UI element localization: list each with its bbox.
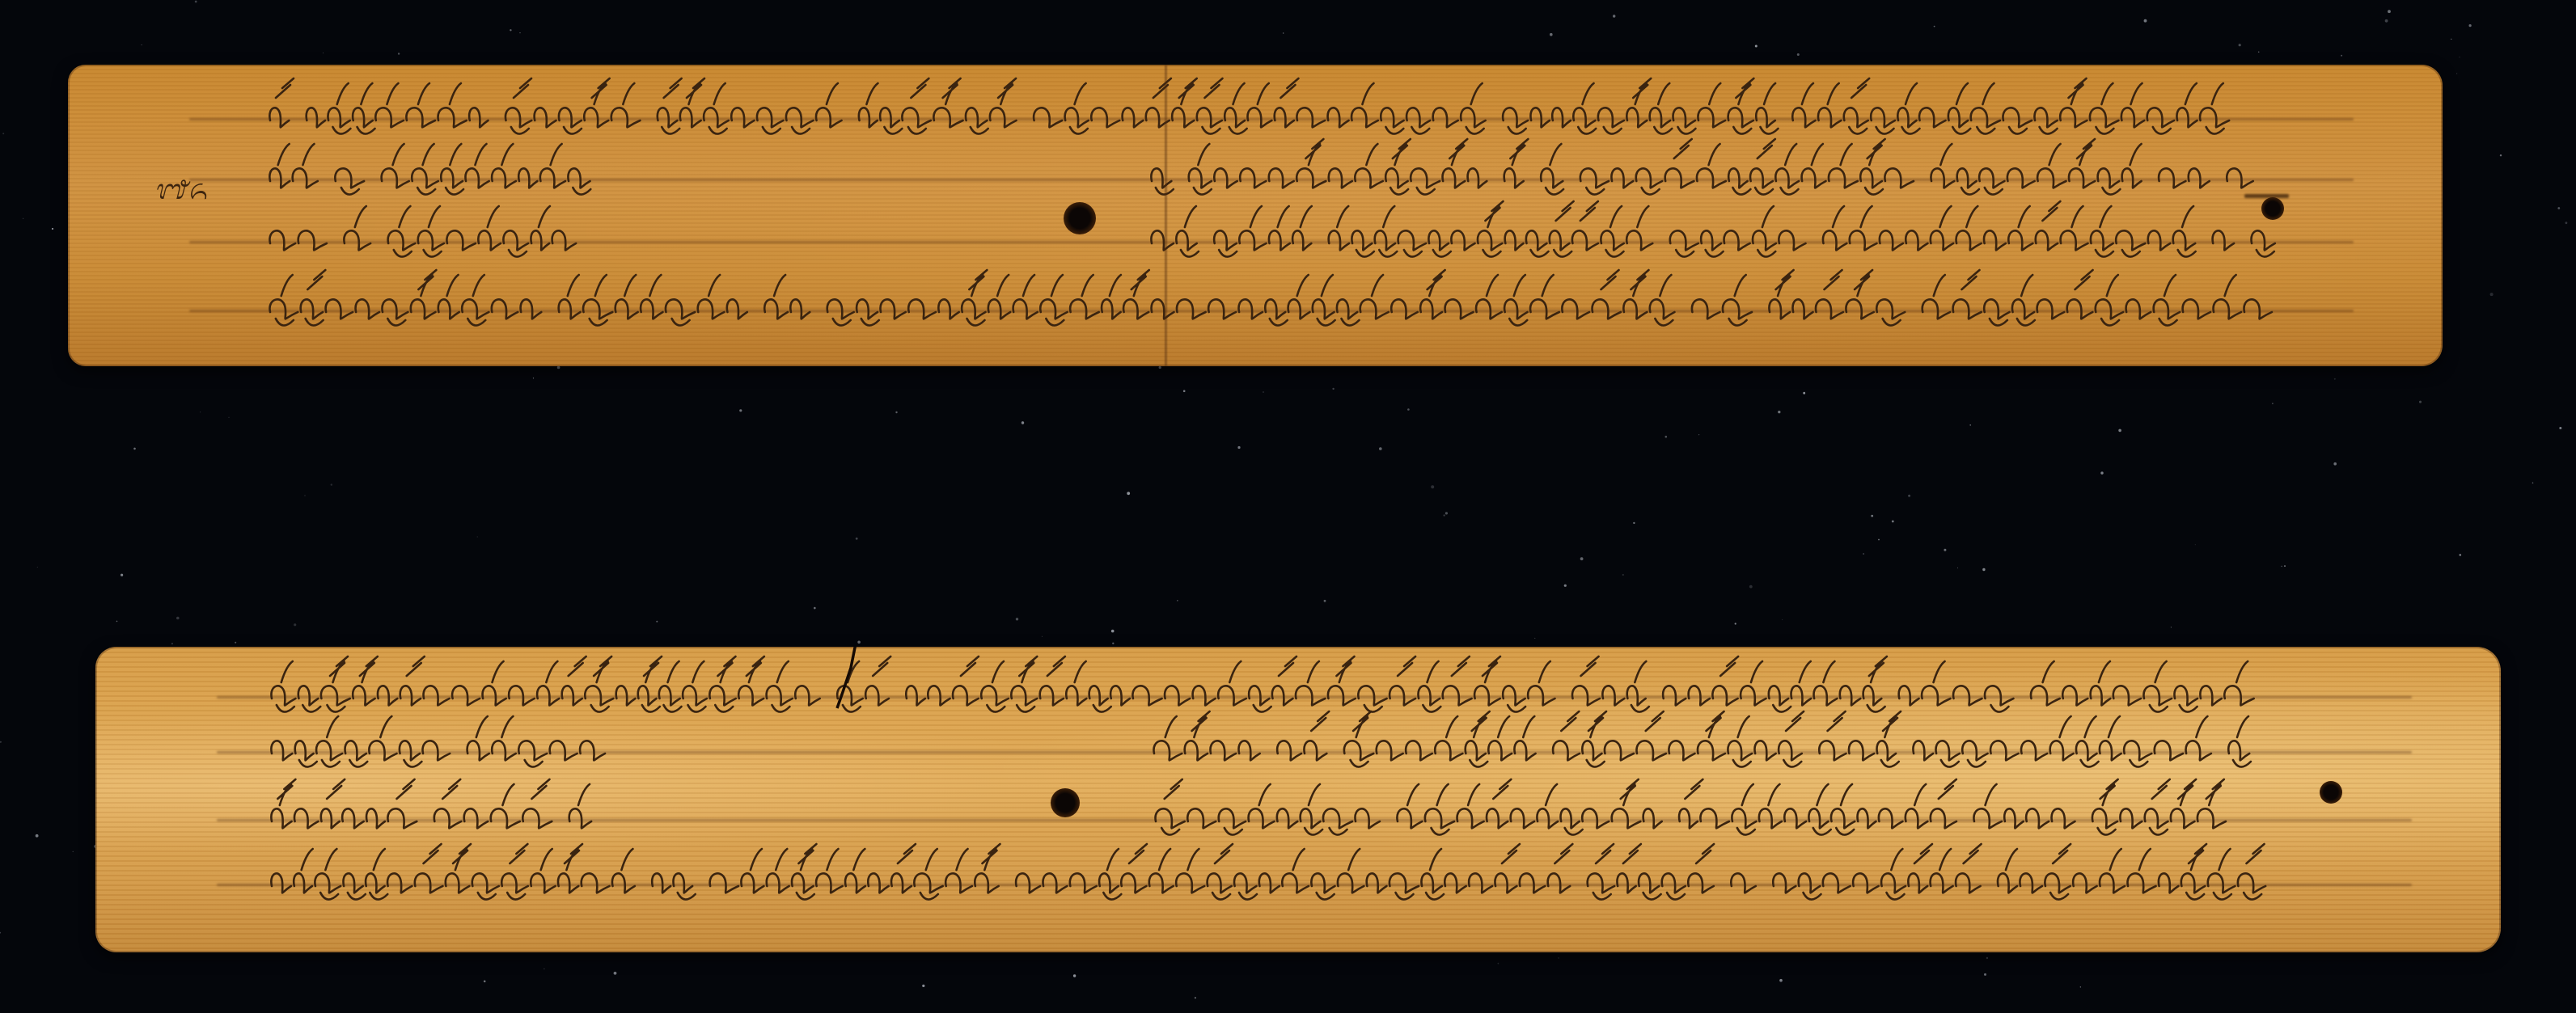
palm-leaf-bottom — [95, 647, 2501, 952]
palm-leaf-top: ᭑᭖ — [68, 65, 2443, 366]
leaf-crack — [821, 647, 886, 732]
script-text-line — [269, 778, 625, 850]
leaf-seam — [1165, 65, 1167, 366]
string-hole — [2320, 781, 2342, 804]
script-text-line — [1153, 778, 2289, 850]
script-text-line — [1148, 200, 2321, 272]
page-number: ᭑᭖ — [154, 170, 209, 219]
string-hole — [1051, 788, 1080, 817]
ink-mark — [2244, 194, 2289, 198]
script-text-line — [269, 710, 653, 783]
script-text-line — [1151, 710, 2297, 783]
script-text-line — [267, 200, 615, 272]
string-hole — [2261, 197, 2284, 220]
string-hole — [1064, 202, 1096, 234]
script-text-line — [269, 842, 2289, 915]
script-text-line — [267, 268, 2313, 341]
